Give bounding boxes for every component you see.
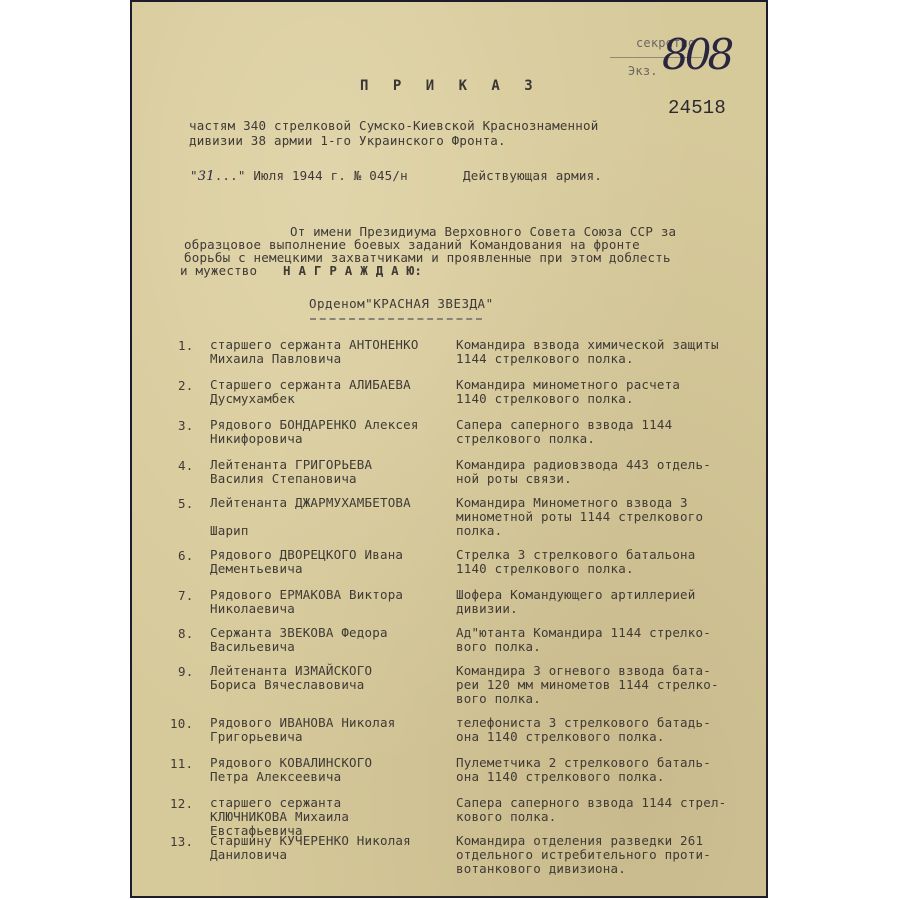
entry-number: 10. [170,716,193,731]
awardee-position: Ад"ютанта Командира 1144 стрелко-вого по… [456,626,711,654]
awardee-name: Лейтенанта ИЗМАЙСКОГОБориса Вячеславович… [210,664,372,692]
awardee-name: Рядового ДВОРЕЦКОГО ИванаДементьевича [210,548,403,576]
awardee-position: Командира отделения разведки 261отдельно… [456,834,711,876]
date-month-year: Июля 1944 г. [253,168,346,183]
award-order-name: Орденом"КРАСНАЯ ЗВЕЗДА" [309,296,494,311]
awardee-name: Старшину КУЧЕРЕНКО НиколаяДаниловича [210,834,411,862]
awardee-name: старшего сержанта АНТОНЕНКОМихаила Павло… [210,338,419,366]
preamble-line-4-start: и мужество [180,263,257,278]
awardee-position: Командира 3 огневого взвода бата-реи 120… [456,664,719,706]
date-day: 31 [198,169,215,184]
entry-number: 5. [178,496,193,511]
document-page: секретно Экз. 808 24518 П Р И К А З част… [130,0,768,898]
awardee-position: Пулеметчика 2 стрелкового баталь-она 114… [456,756,711,784]
awardee-position: Командира взвода химической защиты1144 с… [456,338,719,366]
entry-number: 9. [178,664,193,679]
awardee-name: Лейтенанта ГРИГОРЬЕВАВасилия Степановича [210,458,372,486]
awardee-position: Сапера саперного взвода 1144стрелкового … [456,418,672,446]
order-date: "31..." Июля 1944 г. № 045/н [190,168,408,184]
document-title: П Р И К А З [360,78,541,94]
awardee-position: Сапера саперного взвода 1144 стрел-ковог… [456,796,726,824]
awardee-position: телефониста 3 стрелкового батадь-она 114… [456,716,711,744]
addressee-line-1: частям 340 стрелковой Сумско-Киевской Кр… [189,118,598,133]
entry-number: 1. [178,338,193,353]
entry-number: 4. [178,458,193,473]
awardee-name: Старшего сержанта АЛИБАЕВАДусмухамбек [210,378,411,406]
awardee-position: Командира Минометного взвода 3минометной… [456,496,703,538]
order-number: № 045/н [354,168,408,183]
awardee-position: Командира радиовзвода 443 отдель-ной рот… [456,458,711,486]
award-underline [310,318,482,320]
awardee-name: старшего сержантаКЛЮЧНИКОВА Михаила Евст… [210,796,349,838]
copy-label: Экз. [628,64,658,78]
order-location: Действующая армия. [463,168,602,183]
awardee-name: Рядового КОВАЛИНСКОГО Петра Алексеевича [210,756,372,784]
entry-number: 3. [178,418,193,433]
registration-number: 24518 [668,97,726,119]
handwritten-number: 808 [662,30,730,79]
entry-number: 7. [178,588,193,603]
entry-number: 12. [170,796,193,811]
awardee-name: Лейтенанта ДЖАРМУХАМБЕТОВА Шарип [210,496,411,538]
awardee-name: Рядового ЕРМАКОВА ВиктораНиколаевича [210,588,403,616]
entry-number: 6. [178,548,193,563]
preamble-line-4: и мужество Н А Г Р А Ж Д А Ю: [180,263,422,278]
entry-number: 8. [178,626,193,641]
entry-number: 13. [170,834,193,849]
awardee-name: Сержанта ЗВЕКОВА ФедораВасильевича [210,626,388,654]
award-verb: Н А Г Р А Ж Д А Ю: [283,263,422,278]
addressee-line-2: дивизии 38 армии 1-го Украинского Фронта… [189,133,506,148]
awardee-position: Стрелка 3 стрелкового батальона1140 стре… [456,548,696,576]
entry-number: 2. [178,378,193,393]
entry-number: 11. [170,756,193,771]
awardee-position: Шофера Командующего артиллериейдивизии. [456,588,696,616]
awardee-name: Рядового БОНДАРЕНКО АлексеяНикифоровича [210,418,419,446]
awardee-name: Рядового ИВАНОВА НиколаяГригорьевича [210,716,395,744]
awardee-position: Командира минометного расчета1140 стрелк… [456,378,680,406]
